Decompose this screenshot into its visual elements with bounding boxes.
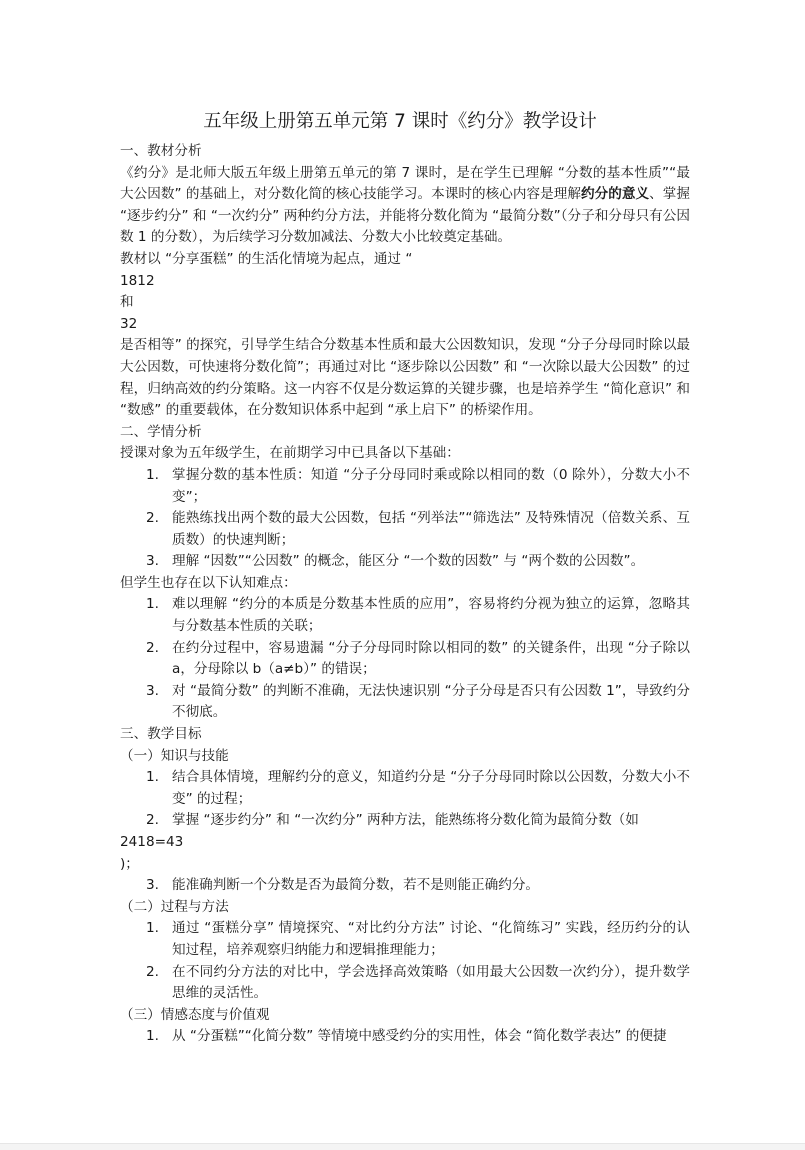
list-text: 结合具体情境，理解约分的意义，知道约分是 “分子分母同时除以公因数，分数大小不变…: [172, 767, 690, 810]
students-intro: 授课对象为五年级学生，在前期学习中已具备以下基础：: [120, 443, 690, 465]
subheading-knowledge: （一）知识与技能: [120, 746, 690, 768]
conjunction-text: 和: [120, 292, 690, 314]
difficulties-intro: 但学生也存在以下认知难点：: [120, 573, 690, 595]
list-text: 理解 “因数”“公因数” 的概念，能区分 “一个数的因数” 与 “两个数的公因数…: [172, 551, 690, 573]
list-number: 1.: [146, 465, 172, 508]
section-heading-materials: 一、教材分析: [120, 141, 690, 163]
closing-paren: )；: [120, 854, 690, 876]
section-heading-students: 二、学情分析: [120, 422, 690, 444]
fraction-text: 32: [120, 314, 690, 336]
list-number: 2.: [146, 508, 172, 551]
subheading-attitude: （三）情感态度与价值观: [120, 1005, 690, 1027]
subheading-process: （二）过程与方法: [120, 897, 690, 919]
list-item: 2.在不同约分方法的对比中，学会选择高效策略（如用最大公因数一次约分），提升数学…: [146, 962, 690, 1005]
list-text: 能准确判断一个分数是否为最简分数，若不是则能正确约分。: [172, 875, 690, 897]
list-text: 对 “最简分数” 的判断不准确，无法快速识别 “分子分母是否只有公因数 1”，导…: [172, 681, 690, 724]
list-text: 难以理解 “约分的本质是分数基本性质的应用”，容易将约分视为独立的运算，忽略其与…: [172, 594, 690, 637]
list-text: 在不同约分方法的对比中，学会选择高效策略（如用最大公因数一次约分），提升数学思维…: [172, 962, 690, 1005]
list-text: 通过 “蛋糕分享” 情境探究、“对比约分方法” 讨论、“化简练习” 实践，经历约…: [172, 918, 690, 961]
list-number: 1.: [146, 918, 172, 961]
list-item: 1.从 “分蛋糕”“化简分数” 等情境中感受约分的实用性，体会 “简化数学表达”…: [146, 1026, 690, 1048]
document-page: 五年级上册第五单元第 7 课时《约分》教学设计 一、教材分析 《约分》是北师大版…: [0, 0, 805, 1144]
list-number: 3.: [146, 875, 172, 897]
list-number: 2.: [146, 810, 172, 832]
materials-paragraph-2: 教材以 “分享蛋糕” 的生活化情境为起点，通过 “: [120, 249, 690, 271]
section-heading-objectives: 三、教学目标: [120, 724, 690, 746]
list-item: 3.理解 “因数”“公因数” 的概念，能区分 “一个数的因数” 与 “两个数的公…: [146, 551, 690, 573]
list-text: 从 “分蛋糕”“化简分数” 等情境中感受约分的实用性，体会 “简化数学表达” 的…: [172, 1026, 690, 1048]
list-number: 1.: [146, 594, 172, 637]
list-number: 3.: [146, 551, 172, 573]
list-item: 2.在约分过程中，容易遗漏 “分子分母同时除以相同的数” 的关键条件，出现 “分…: [146, 638, 690, 681]
list-text: 掌握分数的基本性质：知道 “分子分母同时乘或除以相同的数（0 除外），分数大小不…: [172, 465, 690, 508]
list-item: 1.结合具体情境，理解约分的意义，知道约分是 “分子分母同时除以公因数，分数大小…: [146, 767, 690, 810]
document-content: 五年级上册第五单元第 7 课时《约分》教学设计 一、教材分析 《约分》是北师大版…: [120, 108, 690, 1048]
list-number: 1.: [146, 1026, 172, 1048]
materials-paragraph-3: 是否相等” 的探究，引导学生结合分数基本性质和最大公因数知识，发现 “分子分母同…: [120, 335, 690, 421]
list-item: 3.能准确判断一个分数是否为最简分数，若不是则能正确约分。: [146, 875, 690, 897]
list-item: 2.能熟练找出两个数的最大公因数，包括 “列举法”“筛选法” 及特殊情况（倍数关…: [146, 508, 690, 551]
list-item: 2.掌握 “逐步约分” 和 “一次约分” 两种方法，能熟练将分数化简为最简分数（…: [146, 810, 690, 832]
list-text: 能熟练找出两个数的最大公因数，包括 “列举法”“筛选法” 及特殊情况（倍数关系、…: [172, 508, 690, 551]
document-title: 五年级上册第五单元第 7 课时《约分》教学设计: [110, 108, 690, 136]
list-text: 掌握 “逐步约分” 和 “一次约分” 两种方法，能熟练将分数化简为最简分数（如: [172, 810, 690, 832]
bold-text: 约分的意义: [581, 186, 649, 202]
list-number: 2.: [146, 962, 172, 1005]
list-item: 3.对 “最简分数” 的判断不准确，无法快速识别 “分子分母是否只有公因数 1”…: [146, 681, 690, 724]
materials-paragraph-1: 《约分》是北师大版五年级上册第五单元的第 7 课时，是在学生已理解 “分数的基本…: [120, 163, 690, 249]
list-number: 1.: [146, 767, 172, 810]
list-item: 1.通过 “蛋糕分享” 情境探究、“对比约分方法” 讨论、“化简练习” 实践，经…: [146, 918, 690, 961]
fraction-text: 1812: [120, 271, 690, 293]
list-number: 3.: [146, 681, 172, 724]
list-item: 1.难以理解 “约分的本质是分数基本性质的应用”，容易将约分视为独立的运算，忽略…: [146, 594, 690, 637]
list-item: 1.掌握分数的基本性质：知道 “分子分母同时乘或除以相同的数（0 除外），分数大…: [146, 465, 690, 508]
list-text: 在约分过程中，容易遗漏 “分子分母同时除以相同的数” 的关键条件，出现 “分子除…: [172, 638, 690, 681]
fraction-equation: 2418=43: [120, 832, 690, 854]
list-number: 2.: [146, 638, 172, 681]
